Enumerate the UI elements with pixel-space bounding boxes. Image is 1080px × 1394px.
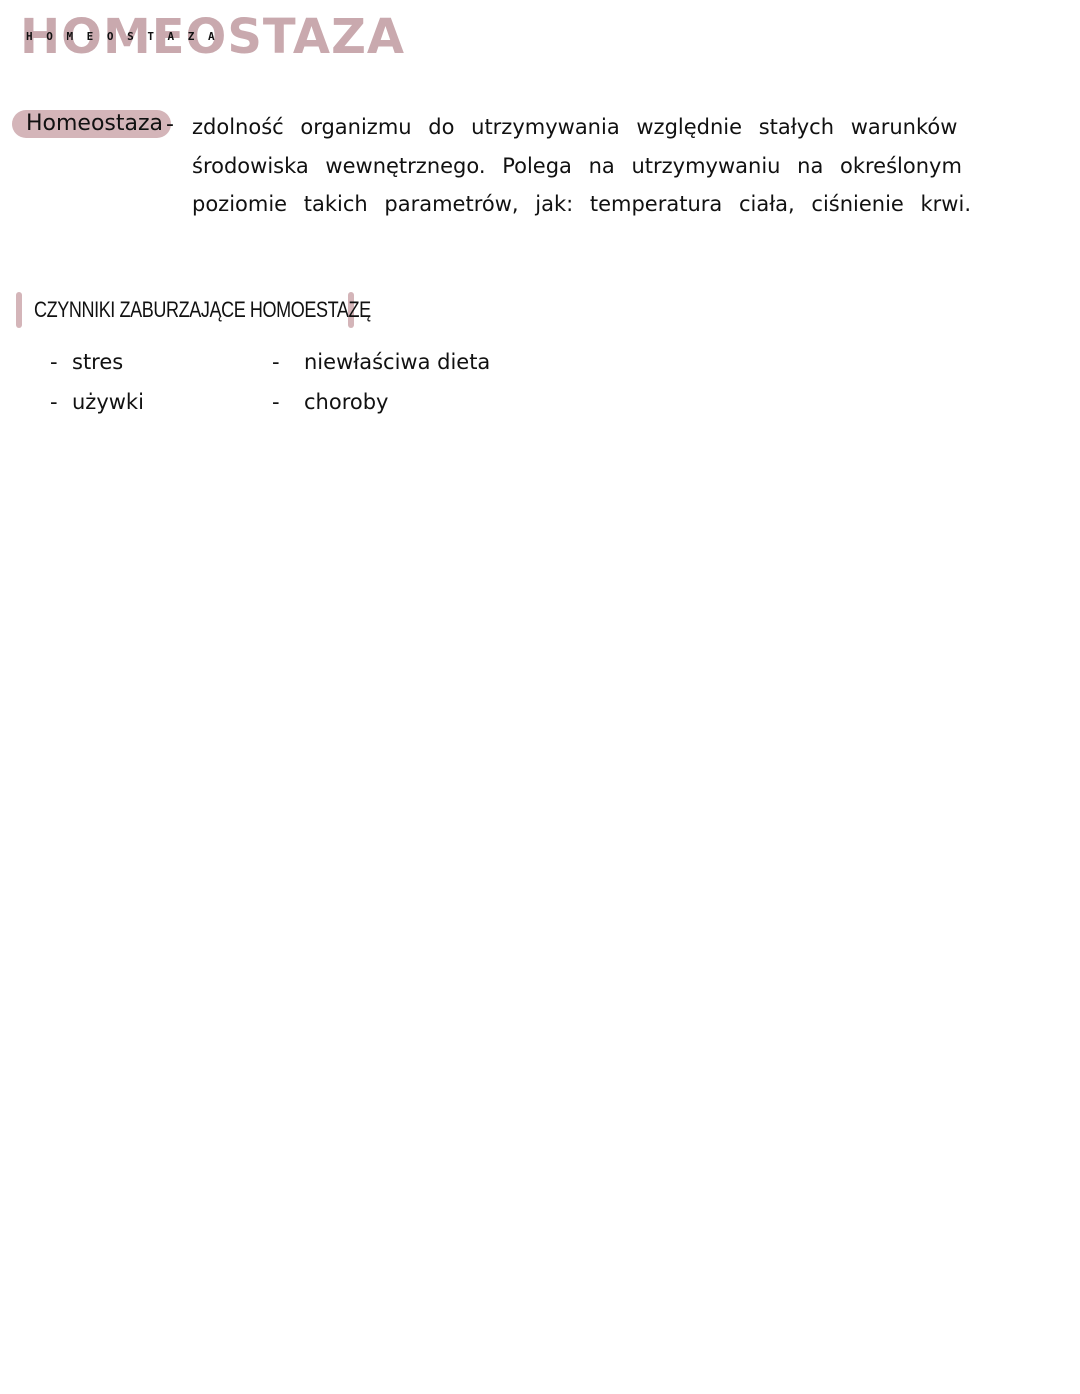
list-item: -używki [50,382,144,422]
definition-separator: - [166,108,174,142]
page-title-overlay: HOMEOSTAZA [26,30,228,43]
list-item: -niewłaściwa dieta [272,342,490,382]
definition-term-highlight: Homeostaza [12,110,171,138]
bullet-dash: - [50,342,72,382]
page-title: HOMEOSTAZA HOMEOSTAZA [20,12,405,62]
list-item-label: stres [72,350,123,374]
list-item-label: używki [72,390,144,414]
factors-list-column-1: -stres -używki [50,342,144,422]
section-title: CZYNNIKI ZABURZAJĄCE HOMOESTAZĘ [34,297,280,323]
section-bar-left [16,292,22,328]
bullet-dash: - [272,382,304,422]
bullet-dash: - [272,342,304,382]
list-item-label: choroby [304,390,388,414]
list-item: -choroby [272,382,490,422]
list-item-label: niewłaściwa dieta [304,350,490,374]
section-header: CZYNNIKI ZABURZAJĄCE HOMOESTAZĘ [16,292,354,328]
definition-text: zdolność organizmu do utrzymywania wzglę… [192,108,1012,224]
factors-list-column-2: -niewłaściwa dieta -choroby [272,342,490,422]
list-item: -stres [50,342,144,382]
bullet-dash: - [50,382,72,422]
